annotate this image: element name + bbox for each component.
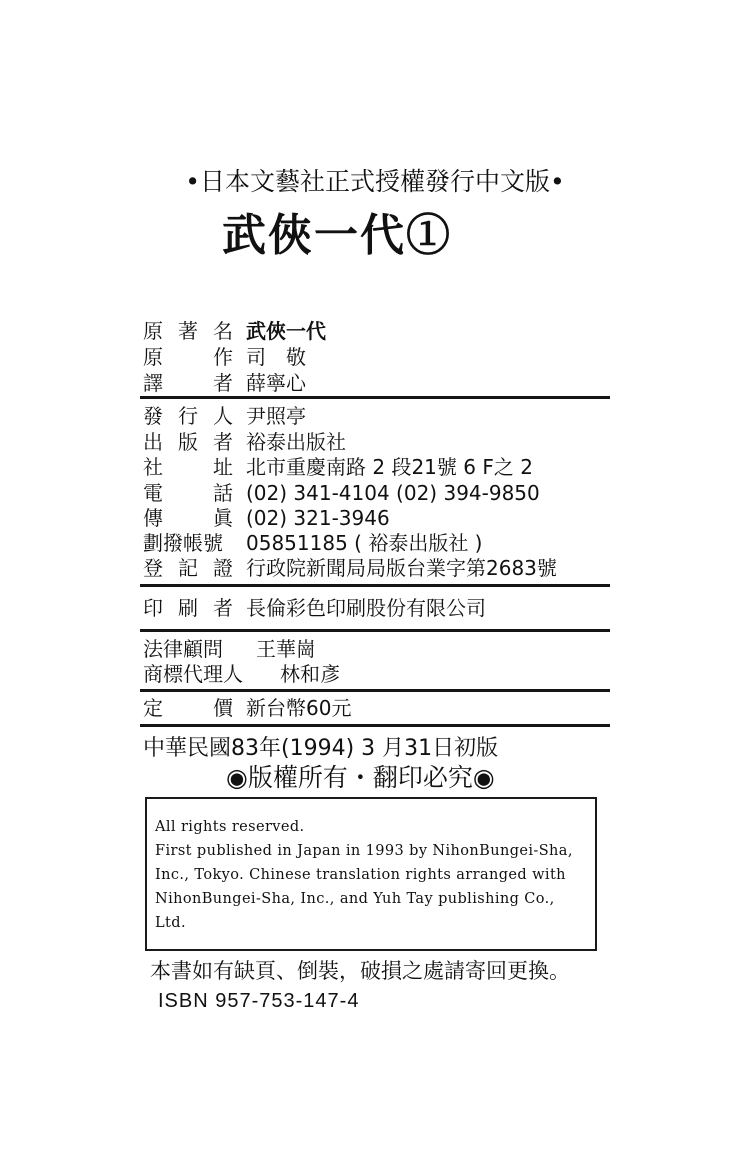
label-fax: 傳 眞 (143, 504, 233, 532)
book-title: 武俠一代① (222, 210, 452, 262)
value-postal-account: 05851185 ( 裕泰出版社 ) (246, 529, 482, 557)
edition-date: 中華民國83年(1994) 3 月31日初版 (143, 734, 498, 764)
label-price: 定 價 (143, 694, 233, 722)
label-trademark-agent: 商標代理人 (143, 660, 253, 688)
value-translator: 薛寧心 (246, 369, 306, 397)
divider (140, 629, 610, 632)
value-fax: (02) 321-3946 (246, 504, 390, 532)
rights-line: All rights reserved. (155, 815, 305, 839)
value-printer: 長倫彩色印刷股份有限公司 (246, 594, 486, 622)
divider (140, 584, 610, 587)
rights-line: Inc., Tokyo. Chinese translation rights … (155, 863, 566, 887)
label-publisher: 出 版 者 (143, 428, 233, 456)
label-original-title: 原 著 名 (143, 317, 233, 345)
value-phone: (02) 341-4104 (02) 394-9850 (246, 479, 540, 507)
rights-box: All rights reserved. First published in … (145, 797, 597, 951)
divider (140, 724, 610, 727)
authorized-edition-banner: •日本文藝社正式授權發行中文版• (0, 166, 750, 198)
copyright-notice: ◉版權所有・翻印必究◉ (226, 762, 495, 794)
value-address: 北市重慶南路 2 段21號 6 F之 2 (246, 453, 533, 481)
label-phone: 電 話 (143, 479, 233, 507)
label-registration: 登 記 證 (143, 554, 233, 582)
rights-line: First published in Japan in 1993 by Niho… (155, 839, 573, 863)
label-printer: 印 刷 者 (143, 594, 233, 622)
isbn: ISBN 957-753-147-4 (158, 988, 359, 1014)
label-publisher-person: 發 行 人 (143, 402, 233, 430)
label-translator: 譯 者 (143, 369, 233, 397)
divider (140, 396, 610, 399)
value-legal-counsel: 王華崗 (256, 635, 316, 663)
label-address: 社 址 (143, 453, 233, 481)
divider (140, 689, 610, 692)
label-legal-counsel: 法律顧問 (143, 635, 233, 663)
replacement-notice: 本書如有缺頁、倒裝，破損之處請寄回更換。 (150, 957, 570, 985)
rights-line: Ltd. (155, 911, 186, 935)
value-registration: 行政院新聞局局版台業字第2683號 (246, 554, 557, 582)
rights-line: NihonBungei-Sha, Inc., and Yuh Tay publi… (155, 887, 555, 911)
value-original-author: 司 敬 (246, 343, 306, 371)
value-price: 新台幣60元 (246, 694, 351, 722)
value-trademark-agent: 林和彥 (280, 660, 340, 688)
label-postal-account: 劃撥帳號 (143, 529, 233, 557)
label-original-author: 原 作 (143, 343, 233, 371)
value-original-title: 武俠一代 (246, 317, 326, 345)
value-publisher-person: 尹照亭 (246, 402, 306, 430)
value-publisher: 裕泰出版社 (246, 428, 346, 456)
